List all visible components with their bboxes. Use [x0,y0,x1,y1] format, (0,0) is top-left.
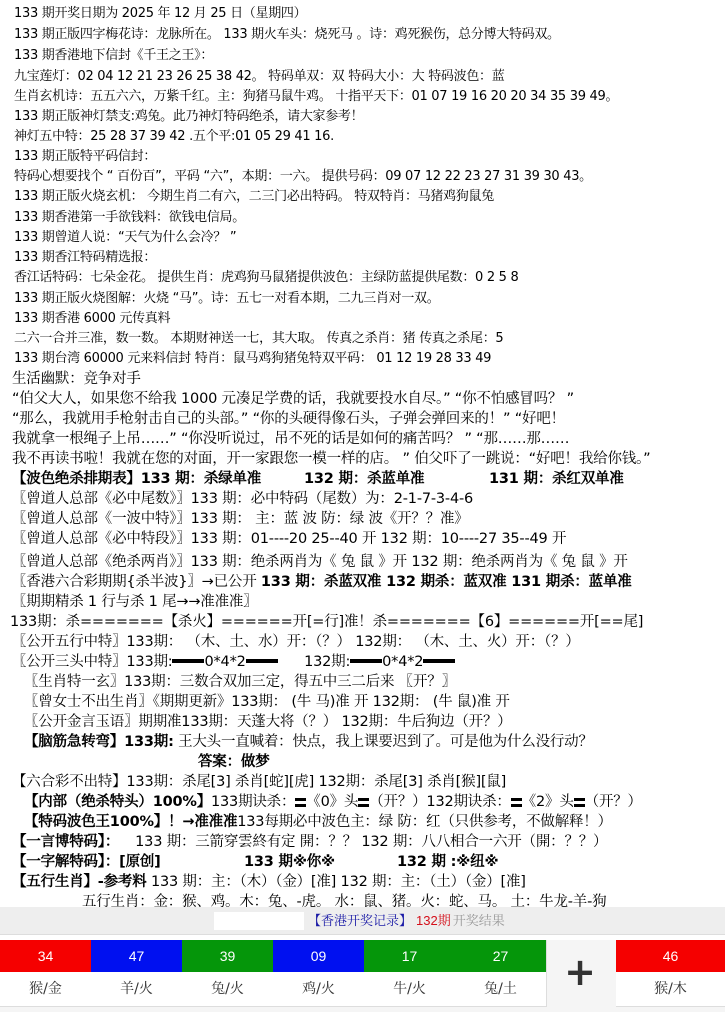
ball-number: 17 [364,940,455,972]
half-wave-label: 〖香港六合彩期期{杀半波}〗→已公开 [12,574,261,590]
five-elements-label: 【五行生肖】-参考料 [12,874,147,890]
text-line: 〖生肖特一玄〗133期：三数合双加三定，得五中三二后来 〖开？〗 [24,673,456,691]
humor-text: “那么，我就用手枪射击自己的头部。” “你的头硬得像石头，子弹会弹回来的！” “… [12,410,565,428]
block-bar-icon [172,659,204,665]
result-ball: 09 鸡/火 [273,940,365,1007]
text-line: 133 期香港第一手欲钱料：欲钱电信局。 [14,210,245,226]
text-line: 〖曾道人总部《绝杀两肖》〗133 期：绝杀两肖为《 兔 鼠 》开 132 期：绝… [12,553,628,571]
text-line: 〖期期精杀 1 行与杀 1 尾→→准准准〗 [12,593,258,611]
humor-title: 生活幽默：竞争对手 [12,370,141,388]
result-ball: 34 猴/金 [0,940,92,1007]
block-bar-icon [358,798,369,807]
three-head-line: 〖公开三头中特〗133期:0*4*2 132期:0*4*2 [12,653,455,671]
results-issue: 132期 [416,913,451,928]
one-char-133: 133 期※你※ [244,853,335,871]
ball-number: 39 [182,940,273,972]
results-title: 【香港开奖记录】132期开奖结果 [308,912,505,930]
brain-teaser-question: 王大头一直喊着：快点，我上课要迟到了。可是他为什么没行动？ [174,734,593,750]
text-line: 特码心想要找个 “ 百份百”，平码 “六”，本期：一六。 提供号码：09 07 … [14,169,592,185]
ball-number: 47 [91,940,182,972]
text-line: 133 期曾道人说：“天气为什么会冷？ ” [14,230,236,246]
text-line: 133期：杀=======【杀火】======开[=行]准！杀=======【6… [10,613,643,631]
kill-head-line: 【内部（绝杀特头）100%】133期诀杀：《0》头（开？）132期诀杀：《2》头… [24,793,642,811]
ball-zodiac: 兔/土 [455,972,546,1007]
block-bar-icon [246,659,278,665]
five-elements-line: 【五行生肖】-参考料 133 期：主：（木）（金）[准] 132 期：主：（土）… [12,873,526,891]
brain-teaser-line: 【脑筋急转弯】133期: 王大头一直喊着：快点，我上课要迟到了。可是他为什么没行… [24,733,593,751]
brain-teaser-answer: 答案：做梦 [198,753,270,771]
results-header: 【香港开奖记录】132期开奖结果 [0,907,725,935]
brain-teaser-label: 【脑筋急转弯】133期: [24,734,174,750]
three-head-133-value: 0*4*2 [204,654,245,670]
text-line: 【六合彩不出特】133期：杀尾[3] 杀肖[蛇][虎] 132期：杀尾[3] 杀… [12,773,506,791]
text-line: 133 期正版火烧图解：火烧 “马”。诗：五七一对看本期，二九三肖对一双。 [14,291,439,307]
ball-number: 09 [273,940,364,972]
text-line: 133 期正版特平码信封： [14,149,156,165]
kill-head-133-value: 《0》头 [306,794,358,810]
plus-icon: + [545,940,615,1007]
text-line: 133 期香港地下信封《千王之王》： [14,48,213,64]
text-line: 生肖玄机诗：五五六六，万紫千红。主：狗猪马鼠牛鸡。 十指平天下：01 07 19… [14,89,618,105]
half-wave-values: 133 期：杀蓝双准 132 期杀：蓝双准 131 期杀：蓝单准 [261,574,632,590]
block-bar-icon [423,659,455,665]
humor-text: 我就拿一根绳子上吊……” “你没听说过，吊不死的话是如何的痛苦吗？ ” “那……… [12,430,569,448]
kill-head-132-label: （开？）132期诀杀： [369,794,510,810]
text-line: 133 期台湾 60000 元来料信封 特肖：鼠马鸡狗猪兔特双平码： 01 12… [14,351,491,367]
kill-head-label: 【内部（绝杀特头）100%】 [24,794,211,810]
wave-kill-131: 131 期：杀红双单准 [489,470,624,488]
draw-date-line: 133 期开奖日期为 2025 年 12 月 25 日（星期四） [14,6,306,22]
text-line: 香江话特码：七朵金花。 提供生肖：虎鸡狗马鼠猪提供波色：主绿防蓝提供尾数：0 2… [14,270,518,286]
three-head-132-value: 0*4*2 [382,654,423,670]
result-ball: 47 羊/火 [91,940,183,1007]
block-bar-icon [295,798,306,807]
one-char-132: 132 期 :※纽※ [397,853,498,871]
results-suffix: 开奖结果 [453,913,505,928]
block-bar-icon [511,798,522,807]
wave-king-line: 【特码波色王100%】！→准准准133每期必中波色主：绿 防：红（只供参考，不做… [24,813,612,831]
ball-zodiac: 猴/金 [0,972,91,1007]
ball-zodiac: 鸡/火 [273,972,364,1007]
one-char-label: 【一字解特码】：[原创] [12,853,161,871]
wave-king-label: 【特码波色王100%】！→准准准 [24,814,237,830]
kill-head-132-value: 《2》头 [522,794,574,810]
text-line: 133 期正版神灯禁支:鸡兔。此乃神灯特码绝杀，请大家参考！ [14,109,363,125]
results-header-blank [214,912,304,930]
three-head-132-label: 132期: [304,654,350,670]
ball-number: 27 [455,940,546,972]
half-wave-line: 〖香港六合彩期期{杀半波}〗→已公开 133 期：杀蓝双准 132 期杀：蓝双准… [12,573,632,591]
text-line: 〖曾女士不出生肖〗《期期更新》133期： (牛 马)准 开 132期： (牛 鼠… [24,693,510,711]
text-line: 133 期香江特码精选报： [14,250,156,266]
text-line: 〖曾道人总部《一波中特》〗133 期： 主：蓝 波 防：绿 波《开？？准》 [12,510,469,528]
text-line: 九宝莲灯：02 04 12 21 23 26 25 38 42。 特码单双：双 … [14,69,504,85]
text-line: 二六一合并三准，数一数。 本期财神送一七，其大取。 传真之杀肖：猪 传真之杀尾：… [14,331,503,347]
special-ball: 46 猴/木 [616,940,725,1007]
ball-number: 34 [0,940,91,972]
ball-zodiac: 羊/火 [91,972,182,1007]
wave-kill-132: 132 期：杀蓝单准 [304,470,424,488]
ball-zodiac: 牛/火 [364,972,455,1007]
ball-zodiac: 猴/木 [616,972,725,1007]
ball-zodiac: 兔/火 [182,972,273,1007]
text-line: 133 期香港 6000 元传真料 [14,311,170,327]
humor-text: “伯父大人，如果您不给我 1000 元凑足学费的话，我就要投水自尽。” “你不怕… [12,390,574,408]
humor-text: 我不再读书啦！我就在您的对面，开一家跟您一模一样的店。 ” 伯父吓了一跳说：“好… [12,450,650,468]
results-balls: 34 猴/金 47 羊/火 39 兔/火 09 鸡/火 17 牛/火 27 兔/… [0,940,725,1012]
results-link[interactable]: 【香港开奖记录】 [308,913,412,928]
block-bar-icon [350,659,382,665]
text-line: 133 期正版四字梅花诗：龙脉所在。 133 期火车头：烧死马 。诗：鸡死猴伤，… [14,27,560,43]
text-line: 神灯五中特：25 28 37 39 42 .五个平:01 05 29 41 16… [14,129,334,145]
result-ball: 39 兔/火 [182,940,274,1007]
three-head-133-label: 〖公开三头中特〗133期: [12,654,172,670]
one-word-line: 【一言博特码】：133 期：三箭穿雲終有定 開：？？ 132 期：八八相合一六开… [12,833,607,851]
kill-head-132-open: （开？） [585,794,642,810]
text-line: 〖公开金言玉语〗期期准133期：天蓬大将（？） 132期：牛后狗边（开？） [24,713,512,731]
result-ball: 27 兔/土 [455,940,547,1007]
block-bar-icon [574,798,585,807]
ball-number: 46 [616,940,725,972]
five-elements-values: 133 期：主：（木）（金）[准] 132 期：主：（土）（金）[准] [147,874,526,890]
text-line: 〖曾道人总部《必中尾数》〗133 期：必中特码（尾数）为：2-1-7-3-4-6 [12,490,473,508]
text-line: 〖曾道人总部《必中特段》〗133 期：01----20 25--40 开 132… [12,530,566,548]
one-word-label: 【一言博特码】： [12,834,119,850]
kill-head-133-label: 133期诀杀： [211,794,295,810]
result-ball: 17 牛/火 [364,940,456,1007]
one-word-value: 133 期：三箭穿雲終有定 開：？？ 132 期：八八相合一六开（開：？？） [135,834,607,850]
text-line: 〖公开五行中特〗133期： （木、土、水）开：（？） 132期： （木、土、火）… [12,633,580,651]
wave-kill-133: 【波色绝杀排期表】133 期：杀绿单准 [12,470,261,488]
wave-king-value: 133每期必中波色主：绿 防：红（只供参考，不做解释！） [237,814,612,830]
text-line: 133 期正版火烧玄机： 今期生肖二有六，二三门必出特码。 特双特肖：马猪鸡狗鼠… [14,189,494,205]
